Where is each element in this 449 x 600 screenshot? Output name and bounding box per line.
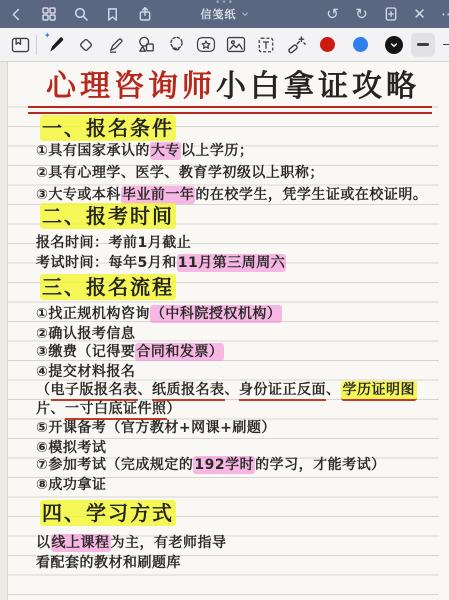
text-tool[interactable]: [251, 31, 281, 59]
note-line: 看配套的教材和刷题库: [36, 552, 181, 574]
text-segment: 以上学历；: [181, 143, 254, 159]
text-segment: 、: [225, 382, 240, 398]
text-segment: ⑧成功拿证: [36, 477, 106, 493]
text-segment: 学历证明图: [341, 381, 418, 401]
note-line: 以线上课程为主，有老师指导: [36, 532, 227, 554]
text-segment: ②确认报考信息: [36, 326, 135, 342]
text-segment: 以: [36, 535, 51, 551]
text-segment: 报名时间：考前1月截止: [36, 235, 191, 251]
search-icon[interactable]: [72, 6, 89, 23]
text-segment: 一、报名条件: [40, 115, 176, 141]
text-segment: 192学时: [193, 456, 255, 474]
text-segment: ⑦参加考试（完成规定的: [36, 457, 193, 473]
text-segment: 三、报名流程: [40, 274, 176, 300]
text-segment: ⑤开课备考（官方教材+网课+刷题）: [36, 420, 276, 436]
topbar-right-group: ↺ ↻ ✕ ⋯: [324, 0, 449, 28]
text-segment: 11月第三周周六: [177, 254, 286, 272]
lasso-tool[interactable]: [161, 31, 191, 59]
text-segment: ④提交材料报名: [36, 364, 135, 380]
text-segment: ②具有心理学、医学、教育学初级以上职称；: [36, 165, 324, 181]
note-line: ②具有心理学、医学、教育学初级以上职称；: [36, 162, 324, 184]
note-line: 考试时间：每年5月和11月第三周周六: [36, 252, 286, 274]
note-line: ⑤开课备考（官方教材+网课+刷题）: [36, 417, 276, 439]
text-segment: 为主，有老师指导: [111, 535, 227, 551]
laser-pointer-tool[interactable]: [281, 31, 311, 59]
notebook-icon[interactable]: [8, 31, 32, 59]
document-title: 信笺纸: [201, 6, 237, 22]
document-title-menu[interactable]: 信笺纸: [201, 0, 249, 28]
toolbar-divider: [36, 35, 37, 55]
note-line: ①具有国家承认的大专以上学历；: [36, 140, 253, 162]
share-icon[interactable]: [136, 6, 153, 23]
text-segment: （: [36, 382, 51, 398]
text-segment: 毕业前一年: [121, 186, 196, 204]
add-page-icon[interactable]: [382, 6, 399, 23]
more-icon[interactable]: ⋯: [440, 6, 449, 23]
text-segment: （中科院授权机构）: [150, 305, 283, 323]
pen-color-black-selected[interactable]: [377, 31, 410, 59]
pen-tool[interactable]: ✦: [41, 31, 71, 59]
text-segment: 的在校学生，凭学生证或在校证明。: [195, 187, 427, 203]
undo-icon[interactable]: ↺: [324, 6, 341, 23]
note-canvas[interactable]: 心理咨询师小白拿证攻略一、报名条件①具有国家承认的大专以上学历；②具有心理学、医…: [0, 62, 449, 600]
text-segment: ）: [167, 401, 182, 417]
redo-icon[interactable]: ↻: [353, 6, 370, 23]
text-segment: ③大专或本科: [36, 187, 121, 203]
text-segment: 小白拿证攻略: [216, 69, 420, 104]
text-segment: 四、学习方式: [40, 500, 176, 526]
text-segment: 片、: [36, 401, 65, 417]
back-icon[interactable]: [8, 6, 25, 23]
note-line: 报名时间：考前1月截止: [36, 232, 191, 254]
image-tool[interactable]: [221, 31, 251, 59]
text-segment: 二、报考时间: [40, 203, 176, 229]
note-title: 心理咨询师小白拿证攻略: [46, 68, 420, 106]
text-segment: ①找正规机构咨询: [36, 306, 150, 322]
text-segment: 、: [326, 382, 341, 398]
text-segment: 的学习，才能考试）: [255, 457, 386, 473]
pen-color-blue[interactable]: [344, 31, 377, 59]
highlighter-tool[interactable]: [101, 31, 131, 59]
text-segment: 合同和发票）: [135, 343, 224, 361]
note-line: 四、学习方式: [40, 502, 176, 524]
note-line: 二、报考时间: [40, 205, 176, 227]
note-line: ⑧成功拿证: [36, 474, 106, 496]
close-icon[interactable]: ✕: [411, 6, 428, 23]
text-segment: 大专: [150, 142, 181, 160]
chevron-down-icon: [241, 10, 249, 18]
stroke-medium-selected[interactable]: [411, 33, 435, 57]
topbar-left-group: [8, 0, 153, 28]
note-line: 三、报名流程: [40, 276, 176, 298]
top-nav-bar: ••• 信笺纸 ↺ ↻ ✕ ⋯: [0, 0, 449, 28]
stroke-thin[interactable]: [436, 33, 449, 57]
note-line: ⑦参加考试（完成规定的192学时的学习，才能考试）: [36, 454, 386, 476]
chevron-down-icon: [390, 41, 398, 49]
title-underline: [28, 106, 432, 114]
thumbnails-grid-icon[interactable]: [40, 6, 57, 23]
text-segment: 考试时间：每年5月和: [36, 255, 177, 271]
text-segment: 、: [138, 382, 153, 398]
text-segment: 线上课程: [51, 534, 111, 552]
note-line: 一、报名条件: [40, 117, 176, 139]
shapes-tool[interactable]: [131, 31, 161, 59]
text-segment: ③缴费（记得要: [36, 344, 135, 360]
text-segment: 看配套的教材和刷题库: [36, 555, 181, 571]
note-line: ③缴费（记得要合同和发票）: [36, 341, 224, 363]
page-edge: [0, 62, 8, 600]
note-line: ①找正规机构咨询（中科院授权机构）: [36, 303, 282, 325]
tools-bar: ✦: [0, 28, 449, 62]
sticker-tool[interactable]: [191, 31, 221, 59]
pen-color-red[interactable]: [311, 31, 344, 59]
eraser-tool[interactable]: [71, 31, 101, 59]
text-segment: ①具有国家承认的: [36, 143, 150, 159]
text-segment: 身份证正反面: [239, 382, 326, 401]
text-segment: 心理咨询师: [46, 69, 216, 104]
bookmark-icon[interactable]: [104, 6, 121, 23]
pen-sparkle-icon: ✦: [44, 32, 51, 40]
